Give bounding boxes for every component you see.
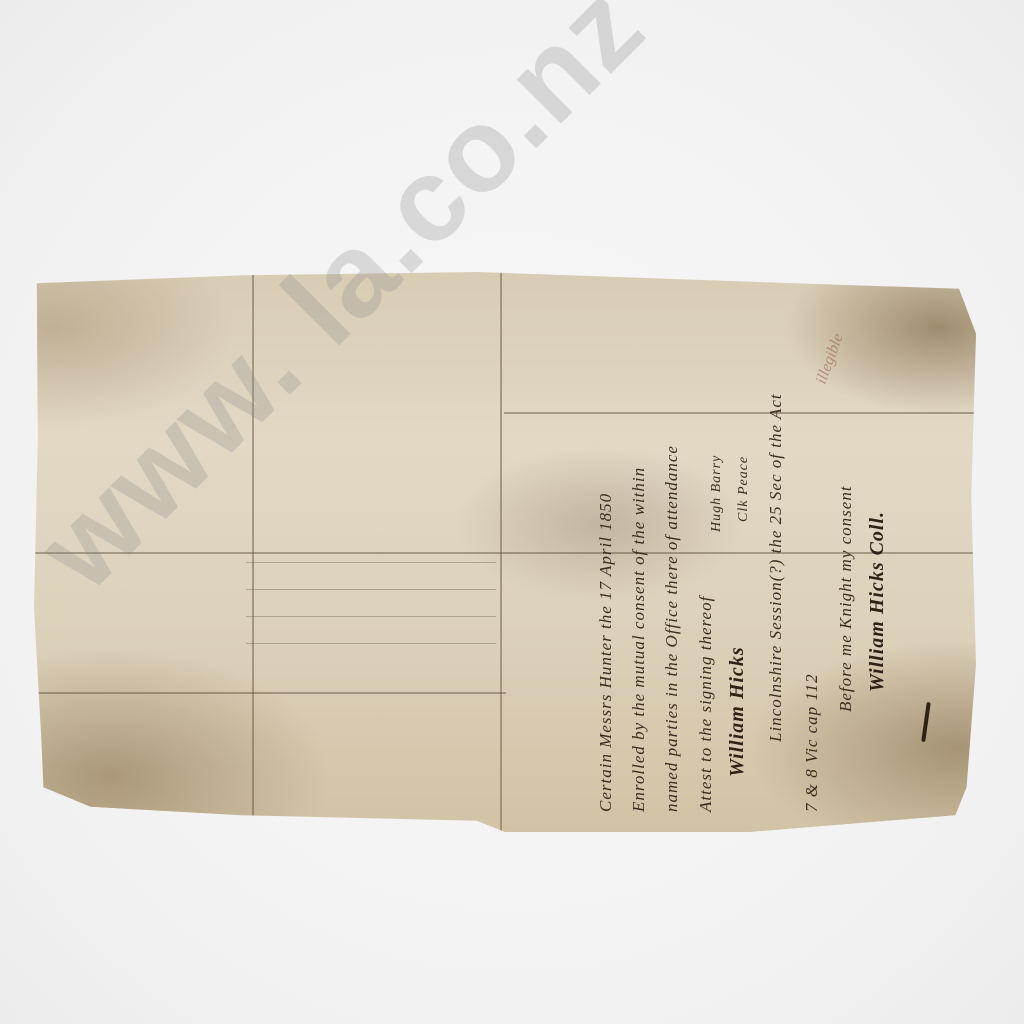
handwriting-signature: William Hicks xyxy=(726,646,749,777)
handwriting-signature: William Hicks Coll. xyxy=(866,511,889,692)
handwriting-line: 7 & 8 Vic cap 112 xyxy=(802,673,822,812)
handwriting-line: Enrolled by the mutual consent of the wi… xyxy=(629,467,649,812)
faded-printed-lines xyxy=(246,562,496,702)
document-paper: Certain Messrs Hunter the 17 April 1850 … xyxy=(34,272,976,832)
marginal-note: Clk Peace xyxy=(736,456,752,522)
ink-dash-mark xyxy=(921,702,931,742)
handwriting-line: named parties in the Office there of att… xyxy=(662,445,682,812)
marginal-note: Hugh Barry xyxy=(709,455,725,532)
handwriting-line: Attest to the signing thereof xyxy=(696,596,716,812)
handwriting-line: Lincolnshire Session(?) the 25 Sec of th… xyxy=(766,393,786,742)
faded-stamp-mark: illegible xyxy=(813,331,848,386)
handwriting-line: Certain Messrs Hunter the 17 April 1850 xyxy=(596,493,616,812)
handwriting-line: Before me Knight my consent xyxy=(836,485,856,712)
handwritten-endorsement: Certain Messrs Hunter the 17 April 1850 … xyxy=(504,272,974,832)
